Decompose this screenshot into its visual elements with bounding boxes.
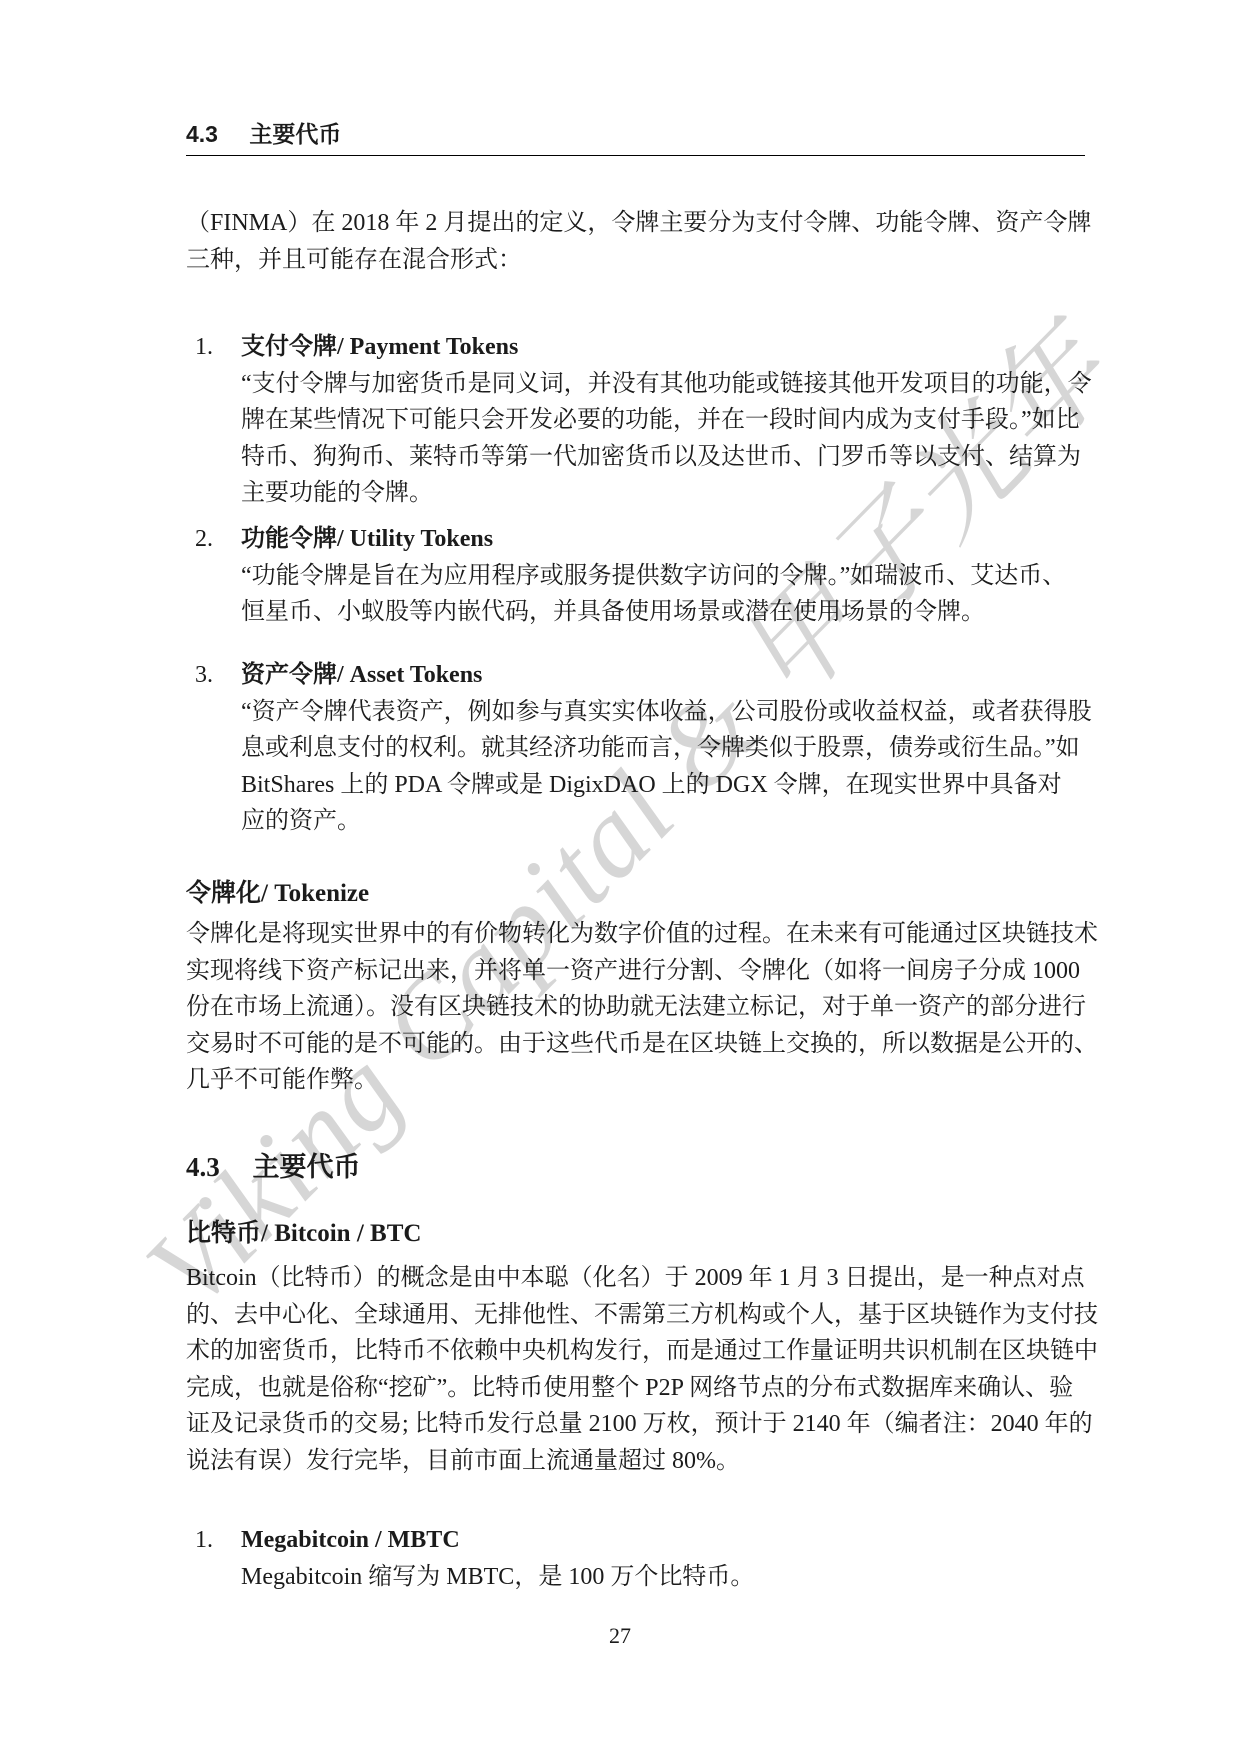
running-header-number: 4.3 <box>186 121 218 147</box>
paragraph-line: “功能令牌是旨在为应用程序或服务提供数字访问的令牌。”如瑞波币、艾达币、 <box>241 558 1066 595</box>
paragraph-line: （FINMA）在 2018 年 2 月提出的定义，令牌主要分为支付令牌、功能令牌… <box>186 205 1091 242</box>
list-item-utility-tokens: 2.功能令牌/ Utility Tokens “功能令牌是旨在为应用程序或服务提… <box>195 521 1066 631</box>
paragraph-line: 三种，并且可能存在混合形式： <box>186 242 1091 279</box>
paragraph-line: 几乎不可能作弊。 <box>186 1062 1098 1099</box>
paragraph-line: “支付令牌与加密货币是同义词，并没有其他功能或链接其他开发项目的功能，令 <box>241 366 1092 403</box>
paragraph-line: 主要功能的令牌。 <box>241 475 1092 512</box>
item-heading: 1.支付令牌/ Payment Tokens <box>195 329 1092 366</box>
section-number: 4.3 <box>186 1150 220 1184</box>
paragraph-line: Megabitcoin 缩写为 MBTC，是 100 万个比特币。 <box>241 1559 754 1596</box>
section-title: 主要代币 <box>253 1150 361 1184</box>
item-body: “支付令牌与加密货币是同义词，并没有其他功能或链接其他开发项目的功能，令 牌在某… <box>241 366 1092 512</box>
intro-paragraph: （FINMA）在 2018 年 2 月提出的定义，令牌主要分为支付令牌、功能令牌… <box>186 205 1091 278</box>
paragraph-line: 完成，也就是俗称“挖矿”。比特币使用整个 P2P 网络节点的分布式数据库来确认、… <box>186 1370 1098 1407</box>
item-body: “功能令牌是旨在为应用程序或服务提供数字访问的令牌。”如瑞波币、艾达币、 恒星币… <box>241 558 1066 631</box>
bitcoin-heading: 比特币/ Bitcoin / BTC <box>186 1218 421 1250</box>
item-number: 1. <box>195 329 241 366</box>
item-title: Megabitcoin / MBTC <box>241 1527 460 1553</box>
document-page: Viking Capital & 甲子光年 4.3 主要代币 （FINMA）在 … <box>0 0 1240 1754</box>
paragraph-line: 息或利息支付的权利。就其经济功能而言，令牌类似于股票，债券或衍生品。”如 <box>241 730 1092 767</box>
page-content: 4.3 主要代币 （FINMA）在 2018 年 2 月提出的定义，令牌主要分为… <box>0 0 1240 1754</box>
list-item-asset-tokens: 3.资产令牌/ Asset Tokens “资产令牌代表资产，例如参与真实实体收… <box>195 657 1092 840</box>
paragraph-line: 说法有误）发行完毕，目前市面上流通量超过 80%。 <box>186 1443 1098 1480</box>
bitcoin-paragraph: Bitcoin（比特币）的概念是由中本聪（化名）于 2009 年 1 月 3 日… <box>186 1260 1098 1480</box>
item-heading: 1.Megabitcoin / MBTC <box>195 1522 754 1559</box>
item-title: 支付令牌/ Payment Tokens <box>241 334 518 360</box>
paragraph-line: 证及记录货币的交易; 比特币发行总量 2100 万枚，预计于 2140 年（编者… <box>186 1406 1098 1443</box>
item-body: “资产令牌代表资产，例如参与真实实体收益，公司股份或收益权益，或者获得股 息或利… <box>241 694 1092 840</box>
paragraph-line: 牌在某些情况下可能只会开发必要的功能，并在一段时间内成为支付手段。”如比 <box>241 402 1092 439</box>
list-item-payment-tokens: 1.支付令牌/ Payment Tokens “支付令牌与加密货币是同义词，并没… <box>195 329 1092 512</box>
list-item-megabitcoin: 1.Megabitcoin / MBTC Megabitcoin 缩写为 MBT… <box>195 1522 754 1595</box>
paragraph-line: 应的资产。 <box>241 803 1092 840</box>
section-heading: 4.3 主要代币 <box>186 1150 361 1184</box>
paragraph-line: 术的加密货币，比特币不依赖中央机构发行，而是通过工作量证明共识机制在区块链中 <box>186 1333 1098 1370</box>
item-body: Megabitcoin 缩写为 MBTC，是 100 万个比特币。 <box>241 1559 754 1596</box>
tokenize-paragraph: 令牌化是将现实世界中的有价物转化为数字价值的过程。在未来有可能通过区块链技术 实… <box>186 916 1098 1099</box>
item-number: 2. <box>195 521 241 558</box>
header-rule <box>186 155 1085 156</box>
paragraph-line: 实现将线下资产标记出来，并将单一资产进行分割、令牌化（如将一间房子分成 1000 <box>186 953 1098 990</box>
paragraph-line: Bitcoin（比特币）的概念是由中本聪（化名）于 2009 年 1 月 3 日… <box>186 1260 1098 1297</box>
running-header-title: 主要代币 <box>249 121 341 147</box>
item-heading: 2.功能令牌/ Utility Tokens <box>195 521 1066 558</box>
paragraph-line: 交易时不可能的是不可能的。由于这些代币是在区块链上交换的，所以数据是公开的、 <box>186 1026 1098 1063</box>
tokenize-heading: 令牌化/ Tokenize <box>186 878 369 910</box>
paragraph-line: 的、去中心化、全球通用、无排他性、不需第三方机构或个人，基于区块链作为支付技 <box>186 1297 1098 1334</box>
paragraph-line: 份在市场上流通）。没有区块链技术的协助就无法建立标记，对于单一资产的部分进行 <box>186 989 1098 1026</box>
item-heading: 3.资产令牌/ Asset Tokens <box>195 657 1092 694</box>
paragraph-line: 特币、狗狗币、莱特币等第一代加密货币以及达世币、门罗币等以支付、结算为 <box>241 439 1092 476</box>
paragraph-line: BitShares 上的 PDA 令牌或是 DigixDAO 上的 DGX 令牌… <box>241 767 1092 804</box>
page-number: 27 <box>0 1622 1240 1650</box>
running-header: 4.3 主要代币 <box>186 121 1085 147</box>
paragraph-line: “资产令牌代表资产，例如参与真实实体收益，公司股份或收益权益，或者获得股 <box>241 694 1092 731</box>
paragraph-line: 令牌化是将现实世界中的有价物转化为数字价值的过程。在未来有可能通过区块链技术 <box>186 916 1098 953</box>
item-title: 资产令牌/ Asset Tokens <box>241 662 482 688</box>
item-number: 1. <box>195 1522 241 1559</box>
paragraph-line: 恒星币、小蚁股等内嵌代码，并具备使用场景或潜在使用场景的令牌。 <box>241 594 1066 631</box>
item-number: 3. <box>195 657 241 694</box>
item-title: 功能令牌/ Utility Tokens <box>241 526 493 552</box>
